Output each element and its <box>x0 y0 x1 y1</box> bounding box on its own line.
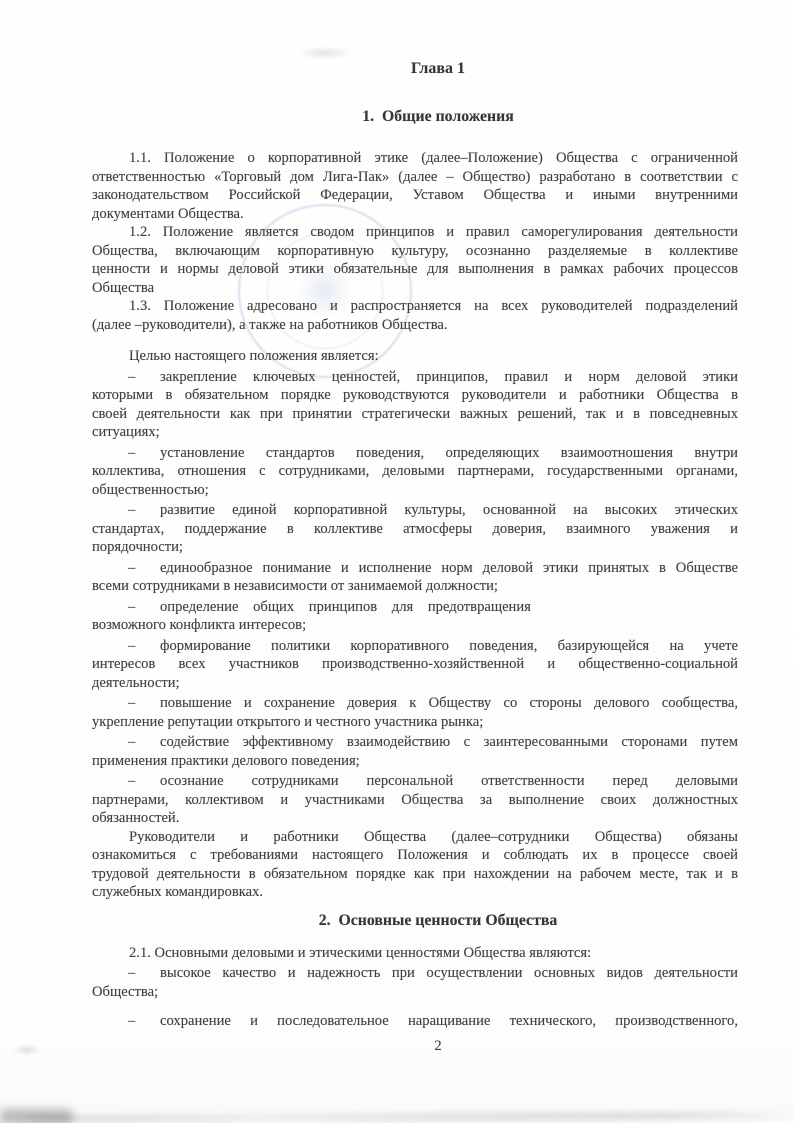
bullet-line: –повышение и сохранение доверия к Общест… <box>92 694 738 713</box>
bullet-paragraph: –развитие единой корпоративной культуры,… <box>92 501 738 557</box>
bullet-paragraph: –сохранение и последовательное наращиван… <box>92 1012 738 1031</box>
bullet-text: повышение и сохранение доверия к Обществ… <box>160 695 738 711</box>
bullet-line: –установление стандартов поведения, опре… <box>92 444 738 463</box>
bullet-text: развитие единой корпоративной культуры, … <box>160 502 738 518</box>
bullet-dash: – <box>128 598 135 617</box>
text-line: применения практики делового поведения; <box>92 752 738 771</box>
bullet-dash: – <box>128 637 135 656</box>
bullet-dash: – <box>128 964 135 983</box>
bullet-paragraph: –формирование политики корпоративного по… <box>92 637 738 693</box>
bullet-dash: – <box>128 368 135 387</box>
document-page: Глава 1 1. Общие положения 1.1. Положени… <box>0 0 793 1123</box>
bullet-paragraph: –содействие эффективному взаимодействию … <box>92 733 738 770</box>
section-2-body: 2.1. Основными деловыми и этическими цен… <box>92 944 738 1031</box>
text-line: документами Общества. <box>92 205 738 224</box>
text-line: 1.1. Положение о корпоративной этике (да… <box>92 149 738 168</box>
section-core-values: 2. Основные ценности Общества 2.1. Основ… <box>92 910 738 1031</box>
text-line: которыми в обязательном порядке руководс… <box>92 386 738 405</box>
bullet-text: определение общих принципов для предотвр… <box>160 599 531 615</box>
scan-shadow-corner <box>0 1110 72 1123</box>
text-line: порядочности; <box>92 538 738 557</box>
bullet-line: –содействие эффективному взаимодействию … <box>92 733 738 752</box>
text-line: трудовой деятельности в обязательном пор… <box>92 865 738 884</box>
text-line: Руководители и работники Общества (далее… <box>92 828 738 847</box>
bullet-dash: – <box>128 501 135 520</box>
text-line: коллектива, отношения с сотрудниками, де… <box>92 462 738 481</box>
text-line: Общества, включающим корпоративную культ… <box>92 242 738 261</box>
bullet-paragraph: –определение общих принципов для предотв… <box>92 598 738 635</box>
paragraph: Целью настоящего положения является: <box>92 347 738 366</box>
bullet-text: сохранение и последовательное наращивани… <box>160 1013 738 1029</box>
text-line: 1.2. Положение является сводом принципов… <box>92 223 738 242</box>
paragraph: 1.1. Положение о корпоративной этике (да… <box>92 149 738 223</box>
text-line: 1.3. Положение адресовано и распространя… <box>92 297 738 316</box>
bullet-text: закрепление ключевых ценностей, принципо… <box>160 369 738 385</box>
section-2-heading: 2. Основные ценности Общества <box>115 910 761 932</box>
text-line: ознакомиться с требованиями настоящего П… <box>92 846 738 865</box>
section-1-heading: 1. Общие положения <box>115 107 761 127</box>
bullet-text: установление стандартов поведения, опред… <box>160 445 738 461</box>
bullet-paragraph: –повышение и сохранение доверия к Общест… <box>92 694 738 731</box>
paragraph: 1.2. Положение является сводом принципов… <box>92 223 738 297</box>
text-line: своей деятельности как при принятии стра… <box>92 405 738 424</box>
paragraph: Руководители и работники Общества (далее… <box>92 828 738 902</box>
text-line: (далее –руководители), а также на работн… <box>92 316 738 335</box>
text-line: служебных командировках. <box>92 883 738 902</box>
bullet-dash: – <box>128 772 135 791</box>
bullet-line: –высокое качество и надежность при осуще… <box>92 964 738 983</box>
bullet-dash: – <box>128 1012 135 1031</box>
bullet-text: высокое качество и надежность при осущес… <box>160 965 738 981</box>
bullet-paragraph: –высокое качество и надежность при осуще… <box>92 964 738 1001</box>
bullet-line: –развитие единой корпоративной культуры,… <box>92 501 738 520</box>
text-line: партнерами, коллективом и участниками Об… <box>92 791 738 810</box>
text-line: ситуациях; <box>92 423 738 442</box>
text-line: законодательством Российской Федерации, … <box>92 186 738 205</box>
section-1-body: 1.1. Положение о корпоративной этике (да… <box>92 149 738 902</box>
bullet-dash: – <box>128 733 135 752</box>
bullet-line: –закрепление ключевых ценностей, принцип… <box>92 368 738 387</box>
scan-shadow-bottom <box>28 1112 787 1122</box>
scan-smudge <box>12 1044 42 1056</box>
text-line: всеми сотрудниками в независимости от за… <box>92 577 738 596</box>
text-line: общественностью; <box>92 481 738 500</box>
text-line: деятельности; <box>92 674 738 693</box>
bullet-dash: – <box>128 559 135 578</box>
text-line: Целью настоящего положения является: <box>92 347 738 366</box>
bullet-line: –единообразное понимание и исполнение но… <box>92 559 738 578</box>
text-line: стандартах, поддержание в коллективе атм… <box>92 520 738 539</box>
text-line: интересов всех участников производственн… <box>92 655 738 674</box>
paragraph: 2.1. Основными деловыми и этическими цен… <box>92 944 738 963</box>
page-number: 2 <box>115 1037 761 1056</box>
bullet-text: осознание сотрудниками персональной отве… <box>160 773 738 789</box>
text-line: 2.1. Основными деловыми и этическими цен… <box>92 944 738 963</box>
bullet-line: –формирование политики корпоративного по… <box>92 637 738 656</box>
section-general-provisions: 1. Общие положения 1.1. Положение о корп… <box>92 107 738 902</box>
bullet-line: –определение общих принципов для предотв… <box>92 598 738 617</box>
text-line: ответственностью «Торговый дом Лига-Пак»… <box>92 168 738 187</box>
bullet-paragraph: –установление стандартов поведения, опре… <box>92 444 738 500</box>
bullet-text: единообразное понимание и исполнение нор… <box>160 560 738 576</box>
document-content: Глава 1 1. Общие положения 1.1. Положени… <box>92 0 738 1055</box>
text-line: Общества; <box>92 983 738 1002</box>
bullet-line: –осознание сотрудниками персональной отв… <box>92 772 738 791</box>
bullet-dash: – <box>128 444 135 463</box>
text-line: возможного конфликта интересов; <box>92 616 738 635</box>
text-line: Общества <box>92 279 738 298</box>
bullet-dash: – <box>128 694 135 713</box>
paragraph: 1.3. Положение адресовано и распространя… <box>92 297 738 334</box>
chapter-title: Глава 1 <box>115 59 761 79</box>
bullet-text: формирование политики корпоративного пов… <box>160 638 738 654</box>
bullet-paragraph: –осознание сотрудниками персональной отв… <box>92 772 738 828</box>
bullet-paragraph: –закрепление ключевых ценностей, принцип… <box>92 368 738 442</box>
bullet-paragraph: –единообразное понимание и исполнение но… <box>92 559 738 596</box>
text-line: ценности и нормы деловой этики обязатель… <box>92 260 738 279</box>
text-line: укрепление репутации открытого и честног… <box>92 713 738 732</box>
bullet-text: содействие эффективному взаимодействию с… <box>160 734 738 750</box>
bullet-line: –сохранение и последовательное наращиван… <box>92 1012 738 1031</box>
text-line: обязанностей. <box>92 809 738 828</box>
